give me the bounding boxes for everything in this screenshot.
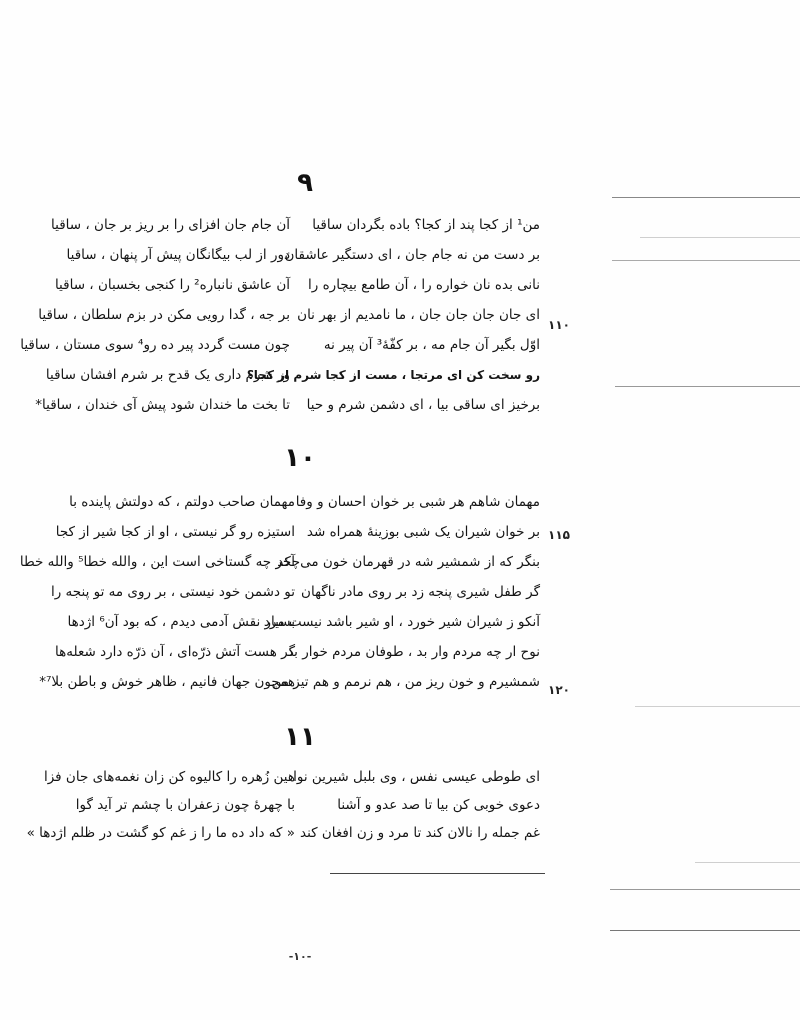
verse-hemistich: نانی بده نان خواره را ، آن طامع بیچاره ر…: [325, 270, 540, 300]
verse-hemistich: آن جام جان افزای را بر ریز بر جان ، ساقی…: [45, 210, 290, 240]
verse-hemistich: بر خوان شیران یک شبی بوزینهٔ همراه شد: [325, 517, 540, 547]
page-number: -۱۰-: [280, 950, 320, 963]
poem-number-11: ۱۱: [275, 722, 325, 752]
poem-9-right-column: من¹ از کجا پند از کجا؟ باده بگردان ساقیا…: [325, 210, 540, 420]
verse-number-120: ۱۲۰: [548, 683, 570, 697]
poem-11-left-column: هین زُهره را کالیوه کن زان نغمه‌های جان …: [45, 763, 295, 847]
verse-hemistich: ور شرم داری یک قدح بر شرم افشان ساقیا: [45, 360, 290, 390]
verse-hemistich: گر هست آتش ذرّه‌ای ، آن ذرّه دارد شعله‌ه…: [45, 637, 295, 667]
verse-hemistich: دور از لب بیگانگان پیش آر پنهان ، ساقیا: [45, 240, 290, 270]
verse-hemistich: آن عاشق نانباره² را کنجی بخسبان ، ساقیا: [45, 270, 290, 300]
bleed-through-rule: [695, 862, 800, 863]
verse-number-115: ۱۱۵: [548, 528, 570, 542]
poem-9-left-column: آن جام جان افزای را بر ریز بر جان ، ساقی…: [45, 210, 290, 420]
verse-hemistich: بر دست من نه جام جان ، ای دستگیر عاشقان: [325, 240, 540, 270]
bleed-through-rule: [612, 197, 800, 198]
verse-hemistich: « که داد ده ما را ز غم کو گشت در ظلم اژد…: [45, 819, 295, 847]
bleed-through-rule: [610, 889, 800, 890]
verse-hemistich: بر جه ، گدا رویی مکن در بزم سلطان ، ساقی…: [45, 300, 290, 330]
verse-hemistich: مهمان شاهم هر شبی بر خوان احسان و وفا: [325, 487, 540, 517]
bleed-through-rule: [612, 260, 800, 261]
verse-hemistich: گر طفل شیری پنجه زد بر روی مادر ناگهان: [325, 577, 540, 607]
verse-hemistich: تا بخت ما خندان شود پیش آی خندان ، ساقیا…: [45, 390, 290, 420]
footnote-divider: [330, 873, 545, 874]
verse-hemistich: رو سخت کن ای مرتجا ، مست از کجا شرم از ک…: [325, 360, 540, 390]
verse-hemistich: استیزه رو گر نیستی ، او از کجا شیر از کج…: [45, 517, 295, 547]
verse-hemistich: چون مست گردد پیر ده رو⁴ سوی مستان ، ساقی…: [45, 330, 290, 360]
poem-10-left-column: مهمان صاحب دولتم ، که دولتش پاینده با اس…: [45, 487, 295, 697]
verse-hemistich: شمشیرم و خون ریز من ، هم نرمم و هم تیز م…: [325, 667, 540, 697]
verse-hemistich: اوّل بگیر آن جام مه ، بر کفّهٔ³ آن پیر ن…: [325, 330, 540, 360]
verse-hemistich: برخیز ای ساقی بیا ، ای دشمن شرم و حیا: [325, 390, 540, 420]
verse-hemistich: هین زُهره را کالیوه کن زان نغمه‌های جان …: [45, 763, 295, 791]
verse-hemistich: غم جمله را نالان کند تا مرد و زن افغان ک…: [325, 819, 540, 847]
poem-10-right-column: مهمان شاهم هر شبی بر خوان احسان و وفا بر…: [325, 487, 540, 697]
verse-hemistich: آنکو ز شیران شیر خورد ، او شیر باشد نیست…: [325, 607, 540, 637]
bleed-through-rule: [635, 706, 800, 707]
poem-number-10: ۱۰: [275, 443, 325, 473]
verse-hemistich: ای طوطی عیسی نفس ، وی بلبل شیرین نوا: [325, 763, 540, 791]
bleed-through-rule: [615, 386, 800, 387]
poem-number-9: ۹: [285, 168, 325, 198]
verse-hemistich: بنگر که از شمشیر شه در قهرمان خون می‌چکد: [325, 547, 540, 577]
scanned-page: ۹ من¹ از کجا پند از کجا؟ باده بگردان ساق…: [0, 0, 800, 1020]
bleed-through-rule: [610, 930, 800, 931]
verse-hemistich: تو دشمن خود نیستی ، بر روی مه تو پنجه را: [45, 577, 295, 607]
verse-hemistich: با چهرهٔ چون زعفران با چشم تر آید گوا: [45, 791, 295, 819]
verse-hemistich: ای جان جان جان جان ، ما نامدیم از بهر نا…: [325, 300, 540, 330]
poem-11-right-column: ای طوطی عیسی نفس ، وی بلبل شیرین نوا دعو…: [325, 763, 540, 847]
verse-hemistich: نوح ار چه مردم وار بد ، طوفان مردم خوار …: [325, 637, 540, 667]
verse-hemistich: دعوی خوبی کن بیا تا صد عدو و آشنا: [325, 791, 540, 819]
verse-hemistich: مهمان صاحب دولتم ، که دولتش پاینده با: [45, 487, 295, 517]
verse-hemistich: من¹ از کجا پند از کجا؟ باده بگردان ساقیا: [325, 210, 540, 240]
verse-hemistich: همچون جهان فانیم ، ظاهر خوش و باطن بلا⁷*: [45, 667, 295, 697]
bleed-through-rule: [640, 237, 800, 238]
verse-hemistich: آخر چه گستاخی است این ، والله خطا⁵ والله…: [45, 547, 295, 577]
verse-number-110: ۱۱۰: [548, 318, 570, 332]
verse-hemistich: بسیار نقش آدمی دیدم ، که بود آن⁶ اژدها: [45, 607, 295, 637]
